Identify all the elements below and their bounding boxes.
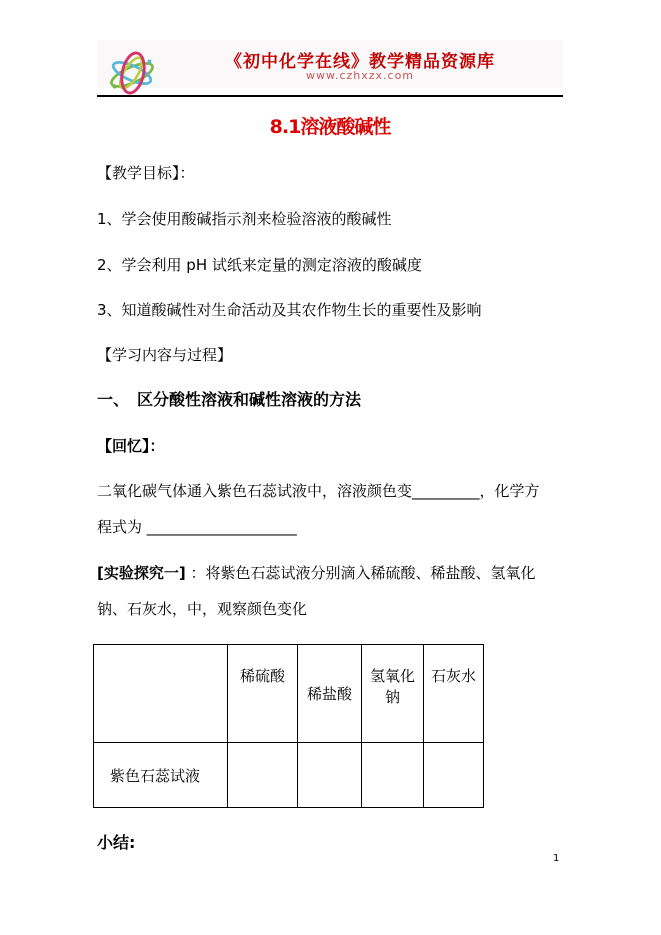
experiment-sentence-line1: [实验探究一] ：将紫色石蕊试液分别滴入稀硫酸、稀盐酸、氢氧化 [97,563,567,583]
table-header-dilute-sulfuric-acid: 稀硫酸 [228,645,298,743]
atom-logo-icon [103,44,161,102]
experiment-label: [实验探究一] [97,564,186,582]
document-page: 《初中化学在线》教学精品资源库 www.czhxzx.com 8.1溶液酸碱性 … [0,0,661,935]
doc-title: 8.1溶液酸碱性 [97,112,563,139]
table-cell [228,743,298,808]
recall-sentence-line2: 程式为 ____________________ [97,517,567,537]
table-header-dilute-hydrochloric-acid: 稀盐酸 [298,645,362,743]
table-header-sodium-hydroxide: 氢氧化 钠 [362,645,424,743]
table-row-litmus: 紫色石蕊试液 [94,743,484,808]
page-number: 1 [553,853,559,864]
header-divider [97,95,563,97]
observation-table: 稀硫酸 稀盐酸 氢氧化 钠 石灰水 紫色石蕊试液 [93,644,484,808]
table-row-label: 紫色石蕊试液 [94,743,228,808]
table-cell [298,743,362,808]
recall-heading: 【回忆】： [97,436,567,456]
table-header-empty [94,645,228,743]
site-url: www.czhxzx.com [167,69,553,82]
table-cell [424,743,484,808]
summary-heading: 小结: [97,830,135,853]
section1-heading: 一、 区分酸性溶液和碱性溶液的方法 [97,390,567,410]
table-header-limewater: 石灰水 [424,645,484,743]
goal-item-3: 3、知道酸碱性对生命活动及其农作物生长的重要性及影响 [97,300,567,320]
goal-item-1: 1、学会使用酸碱指示剂来检验溶液的酸碱性 [97,209,567,229]
content-heading: 【学习内容与过程】 [97,345,567,365]
experiment-sentence-line2: 钠、石灰水，中，观察颜色变化 [97,599,567,619]
site-header-banner: 《初中化学在线》教学精品资源库 www.czhxzx.com [97,40,563,88]
table-cell [362,743,424,808]
table-header-row: 稀硫酸 稀盐酸 氢氧化 钠 石灰水 [94,645,484,743]
recall-sentence-line1: 二氧化碳气体通入紫色石蕊试液中，溶液颜色变_________，化学方 [97,481,567,501]
goal-item-2: 2、学会利用 pH 试纸来定量的测定溶液的酸碱度 [97,255,567,275]
teaching-goals-heading: 【教学目标】： [97,163,567,183]
experiment-text: ：将紫色石蕊试液分别滴入稀硫酸、稀盐酸、氢氧化 [186,564,536,582]
